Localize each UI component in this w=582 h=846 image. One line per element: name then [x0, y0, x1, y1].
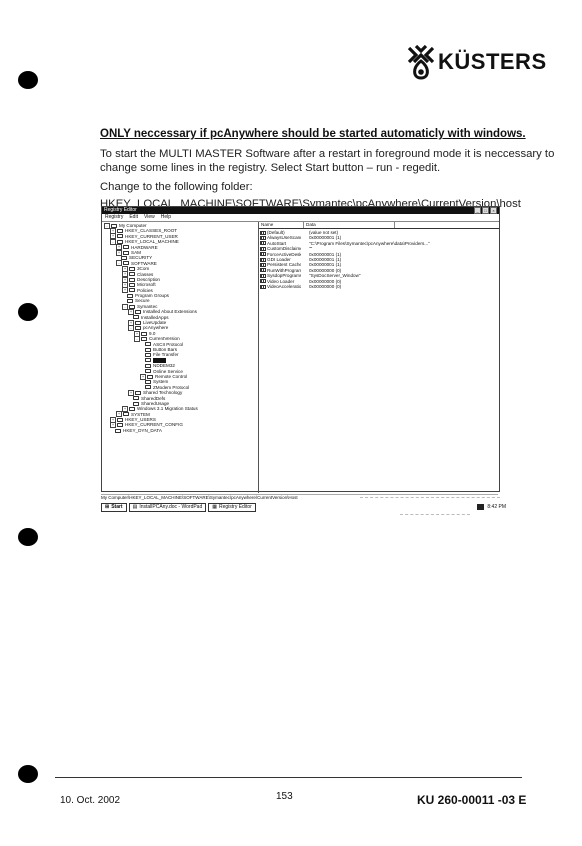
list-header: Name Data [259, 222, 499, 229]
registry-tree[interactable]: -My Computer+HKEY_CLASSES_ROOT+HKEY_CURR… [102, 222, 259, 493]
registry-icon: ▦ [212, 504, 217, 511]
registry-value-icon [260, 258, 266, 262]
registry-value-icon [260, 274, 266, 278]
menu-edit[interactable]: Edit [129, 214, 138, 221]
folder-icon [135, 391, 141, 395]
computer-icon [111, 224, 117, 228]
folder-icon [133, 315, 139, 319]
expand-icon[interactable]: + [122, 287, 128, 293]
folder-instruction: Change to the following folder: [100, 180, 556, 194]
folder-icon [133, 396, 139, 400]
column-data[interactable]: Data [304, 222, 395, 228]
folder-icon [123, 412, 129, 416]
taskbar: ⊞ Start ▤ InstallPCAny.doc - WordPad ▦ R… [101, 502, 506, 512]
expand-icon[interactable]: + [116, 411, 122, 417]
registry-value-icon [260, 279, 266, 283]
start-button[interactable]: ⊞ Start [101, 503, 127, 512]
folder-icon [135, 326, 141, 330]
expand-icon[interactable]: + [116, 250, 122, 256]
expand-icon[interactable]: + [110, 422, 116, 428]
folder-icon [123, 245, 129, 249]
folder-icon [133, 402, 139, 406]
registry-editor-window: Registry Editor _ □ × Registry Edit View… [101, 206, 500, 492]
punch-hole [18, 303, 38, 321]
registry-value-icon [260, 285, 266, 289]
tray-icon[interactable] [477, 504, 484, 510]
close-button[interactable]: × [490, 207, 497, 214]
punch-hole [18, 528, 38, 546]
folder-icon [145, 348, 151, 352]
windows-flag-icon: ⊞ [105, 504, 109, 511]
collapse-icon[interactable]: - [134, 336, 140, 342]
footer-rule [55, 777, 522, 778]
folder-icon [141, 337, 147, 341]
folder-icon [129, 305, 135, 309]
folder-icon [123, 251, 129, 255]
kuesters-knot-icon [406, 44, 436, 80]
folder-icon [129, 267, 135, 271]
folder-icon [123, 261, 129, 265]
folder-icon [117, 240, 123, 244]
scan-artifact [400, 514, 470, 515]
folder-icon [115, 429, 121, 433]
value-data: 0x00000000 (0) [301, 284, 341, 289]
folder-icon [117, 234, 123, 238]
folder-icon [127, 299, 133, 303]
value-data: "C:\Program Files\Symantec\pcAnywhere\da… [301, 241, 430, 246]
tree-node[interactable]: HKEY_DYN_DATA [102, 428, 258, 433]
values-list: Name Data (Default)(value not set)Always… [259, 222, 499, 492]
minimize-button[interactable]: _ [474, 207, 481, 214]
folder-icon [147, 375, 153, 379]
registry-value-icon [260, 268, 266, 272]
footer-date: 10. Oct. 2002 [60, 795, 120, 806]
folder-icon [145, 358, 151, 362]
tree-node-label: pcAnywhere [143, 325, 168, 330]
tree-node-label: HKEY_DYN_DATA [123, 428, 162, 433]
system-tray: 8:42 PM [477, 504, 506, 510]
folder-icon [129, 283, 135, 287]
punch-hole [18, 765, 38, 783]
expand-icon[interactable]: + [128, 390, 134, 396]
folder-icon [145, 342, 151, 346]
start-label: Start [111, 504, 122, 511]
expand-icon[interactable]: + [140, 374, 146, 380]
menu-bar: Registry Edit View Help [102, 214, 499, 222]
maximize-button[interactable]: □ [482, 207, 489, 214]
folder-icon [129, 272, 135, 276]
folder-icon [135, 310, 141, 314]
instruction-paragraph: To start the MULTI MASTER Software after… [100, 147, 556, 175]
folder-icon [145, 353, 151, 357]
taskbar-registry-editor[interactable]: ▦ Registry Editor [208, 503, 256, 512]
registry-value-icon [260, 241, 266, 245]
registry-value-icon [260, 247, 266, 251]
folder-icon [141, 332, 147, 336]
column-name[interactable]: Name [259, 222, 304, 228]
registry-value-icon [260, 231, 266, 235]
folder-icon [117, 229, 123, 233]
folder-icon [117, 423, 123, 427]
window-titlebar: Registry Editor _ □ × [102, 207, 499, 214]
registry-value-icon [260, 263, 266, 267]
window-title: Registry Editor [104, 207, 137, 214]
folder-icon [145, 369, 151, 373]
folder-icon [129, 407, 135, 411]
menu-registry[interactable]: Registry [105, 214, 123, 221]
task-label: Registry Editor [219, 504, 252, 511]
clock: 8:42 PM [487, 504, 506, 510]
punch-hole [18, 71, 38, 89]
folder-icon [127, 294, 133, 298]
document-id: KU 260-00011 -03 E [417, 793, 526, 807]
folder-icon [135, 321, 141, 325]
value-name: VideoAcceleration... [267, 284, 301, 289]
menu-help[interactable]: Help [161, 214, 171, 221]
company-logo: KÜSTERS [406, 44, 547, 80]
folder-icon [145, 385, 151, 389]
section-heading: ONLY neccessary if pcAnywhere should be … [100, 128, 526, 140]
document-icon: ▤ [133, 504, 138, 511]
task-label: InstallPCAny.doc - WordPad [139, 504, 202, 511]
logo-text: KÜSTERS [438, 49, 547, 75]
expand-icon[interactable]: + [122, 406, 128, 412]
folder-icon [129, 288, 135, 292]
registry-value-icon [260, 252, 266, 256]
menu-view[interactable]: View [144, 214, 155, 221]
value-row[interactable]: VideoAcceleration...0x00000000 (0) [259, 284, 499, 289]
folder-icon [117, 418, 123, 422]
registry-value-icon [260, 236, 266, 240]
folder-icon [145, 364, 151, 368]
scan-artifact [360, 497, 500, 498]
folder-icon [145, 380, 151, 384]
expand-icon[interactable]: + [128, 309, 134, 315]
folder-icon [121, 256, 127, 260]
folder-icon [129, 278, 135, 282]
taskbar-wordpad[interactable]: ▤ InstallPCAny.doc - WordPad [129, 503, 207, 512]
page-number: 153 [276, 791, 293, 802]
